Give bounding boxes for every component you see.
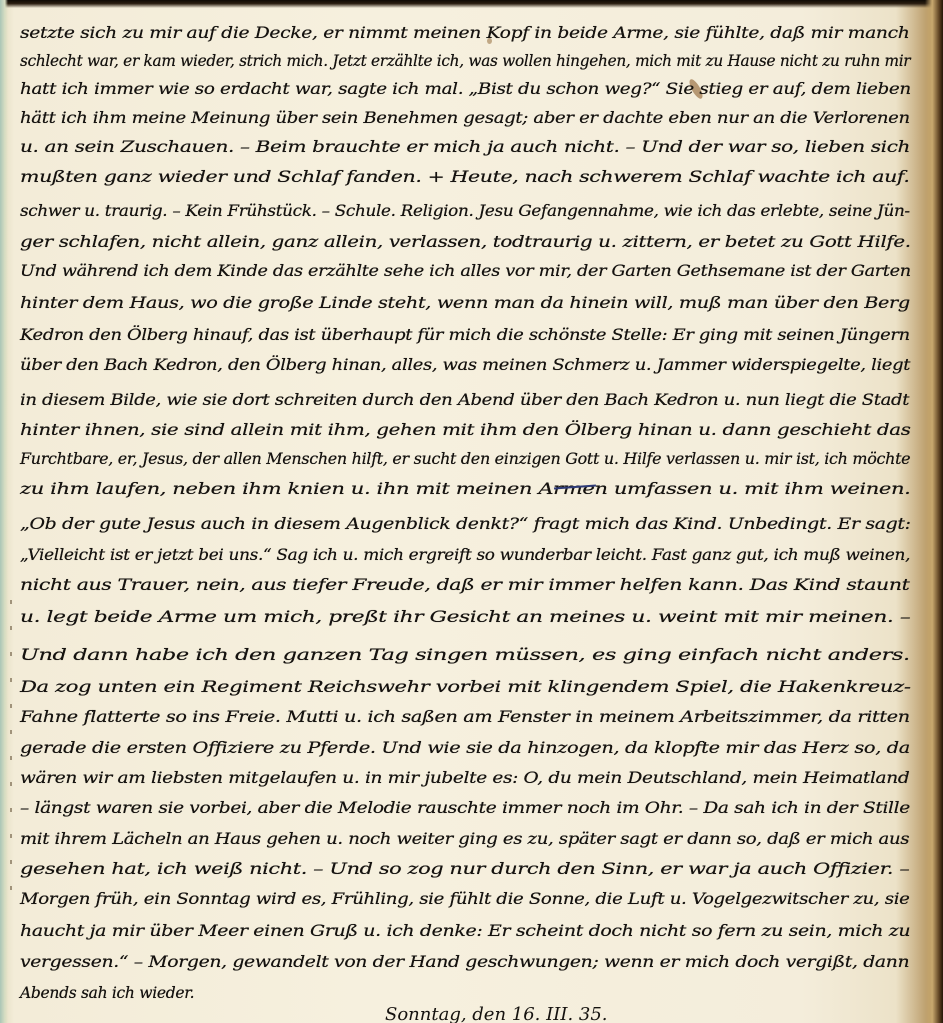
text-line: Morgen früh, ein Sonntag wird es, Frühli… (20, 890, 910, 908)
text-line: hinter ihnen, sie sind allein mit ihm, g… (20, 421, 911, 439)
text-line: haucht ja mir über Meer einen Gruß u. ic… (20, 922, 910, 940)
page-left-edge (0, 0, 8, 1023)
text-line: mußten ganz wieder und Schlaf fanden. + … (20, 168, 910, 186)
date-heading: Sonntag, den 16. III. 35. (385, 1004, 608, 1023)
text-line: gesehen hat, ich weiß nicht. – Und so zo… (20, 860, 909, 878)
text-line: gerade die ersten Offiziere zu Pferde. U… (20, 739, 910, 757)
text-line: u. an sein Zuschauen. – Beim brauchte er… (20, 138, 910, 156)
margin-marks (10, 600, 12, 900)
book-binding-edge (925, 0, 943, 1023)
text-line: hinter dem Haus, wo die große Linde steh… (20, 294, 910, 312)
text-line: zu ihm laufen, neben ihm knien u. ihn mi… (20, 480, 910, 498)
text-line: „Ob der gute Jesus auch in diesem Augenb… (20, 515, 911, 533)
text-line: Da zog unten ein Regiment Reichswehr vor… (20, 678, 911, 696)
text-line: über den Bach Kedron, den Ölberg hinan, … (20, 356, 910, 374)
text-line: mit ihrem Lächeln an Haus gehen u. noch … (20, 830, 909, 848)
text-line: u. legt beide Arme um mich, preßt ihr Ge… (20, 608, 910, 626)
page-top-shadow (0, 0, 943, 8)
text-line: Fahne flatterte so ins Freie. Mutti u. i… (20, 708, 910, 726)
text-line: vergessen.“ – Morgen, gewandelt von der … (20, 953, 909, 971)
diary-page: setzte sich zu mir auf die Decke, er nim… (0, 0, 943, 1023)
text-line: Und dann habe ich den ganzen Tag singen … (20, 646, 910, 664)
text-line: setzte sich zu mir auf die Decke, er nim… (20, 24, 909, 42)
text-line: schwer u. traurig. – Kein Frühstück. – S… (20, 202, 910, 220)
text-line: hätt ich ihm meine Meinung über sein Ben… (20, 109, 910, 127)
text-line: „Vielleicht ist er jetzt bei uns.“ Sag i… (20, 546, 910, 564)
text-line: – längst waren sie vorbei, aber die Melo… (20, 799, 910, 817)
text-line: hatt ich immer wie so erdacht war, sagte… (20, 80, 911, 98)
text-line: wären wir am liebsten mitgelaufen u. in … (20, 769, 909, 787)
text-line: Und während ich dem Kinde das erzählte s… (20, 262, 911, 280)
text-line: Kedron den Ölberg hinauf, das ist überha… (20, 326, 910, 344)
text-line: in diesem Bilde, wie sie dort schreiten … (20, 391, 909, 409)
text-line: Furchtbare, er, Jesus, der allen Mensche… (20, 450, 910, 468)
text-line: nicht aus Trauer, nein, aus tiefer Freud… (20, 576, 909, 594)
text-line: schlecht war, er kam wieder, strich mich… (20, 52, 910, 70)
text-line: ger schlafen, nicht allein, ganz allein,… (20, 233, 911, 251)
text-line: Abends sah ich wieder. (20, 984, 194, 1002)
